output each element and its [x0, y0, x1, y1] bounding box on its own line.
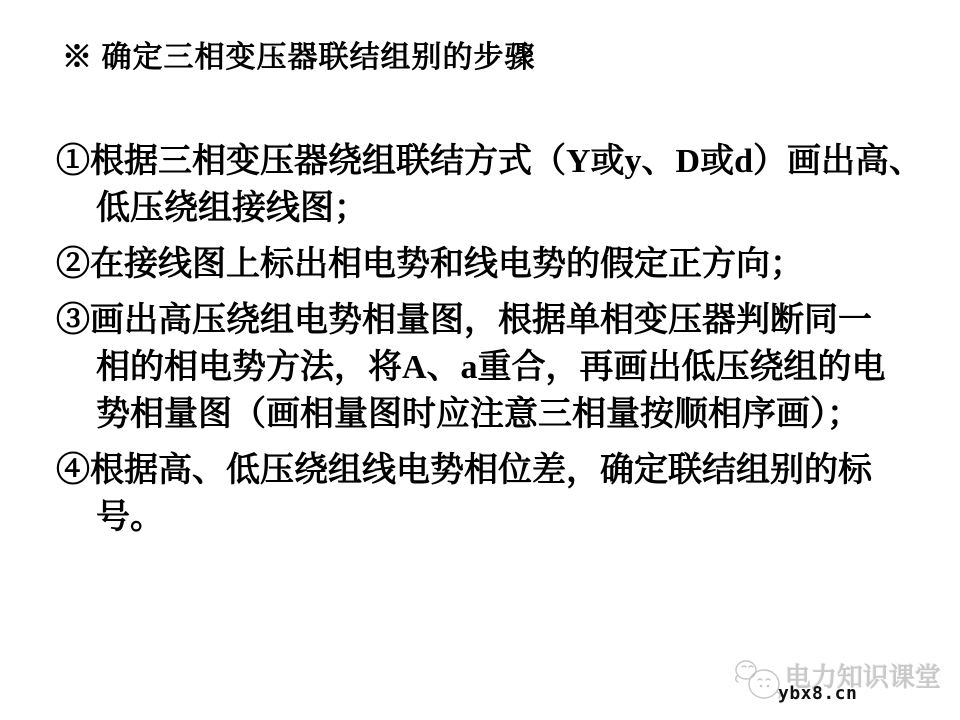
step-line: ②在接线图上标出相电势和线电势的假定正方向； [56, 241, 936, 288]
step-line: ④根据高、低压绕组线电势相位差，确定联结组别的标 [56, 447, 936, 494]
step-item-3: ③画出高压绕组电势相量图，根据单相变压器判断同一 相的相电势方法，将A、a重合，… [56, 297, 936, 438]
step-item-2: ②在接线图上标出相电势和线电势的假定正方向； [56, 241, 936, 288]
brand-site-url: ybx8.cn [778, 683, 857, 704]
steps-list: ①根据三相变压器绕组联结方式（Y或y、D或d）画出高、 低压绕组接线图； ②在接… [56, 138, 936, 550]
step-line: 势相量图（画相量图时应注意三相量按顺相序画）； [56, 391, 936, 438]
presentation-slide: ※ 确定三相变压器联结组别的步骤 ①根据三相变压器绕组联结方式（Y或y、D或d）… [0, 0, 960, 720]
step-line: 相的相电势方法，将A、a重合，再画出低压绕组的电 [56, 344, 936, 391]
step-line: 号。 [56, 494, 936, 541]
step-line: ①根据三相变压器绕组联结方式（Y或y、D或d）画出高、 [56, 138, 936, 185]
slide-title: ※ 确定三相变压器联结组别的步骤 [62, 32, 536, 76]
watermark: 电力知识课堂 ybx8.cn [733, 650, 953, 714]
step-item-4: ④根据高、低压绕组线电势相位差，确定联结组别的标 号。 [56, 447, 936, 541]
step-item-1: ①根据三相变压器绕组联结方式（Y或y、D或d）画出高、 低压绕组接线图； [56, 138, 936, 232]
step-line: ③画出高压绕组电势相量图，根据单相变压器判断同一 [56, 297, 936, 344]
step-line: 低压绕组接线图； [56, 185, 936, 232]
